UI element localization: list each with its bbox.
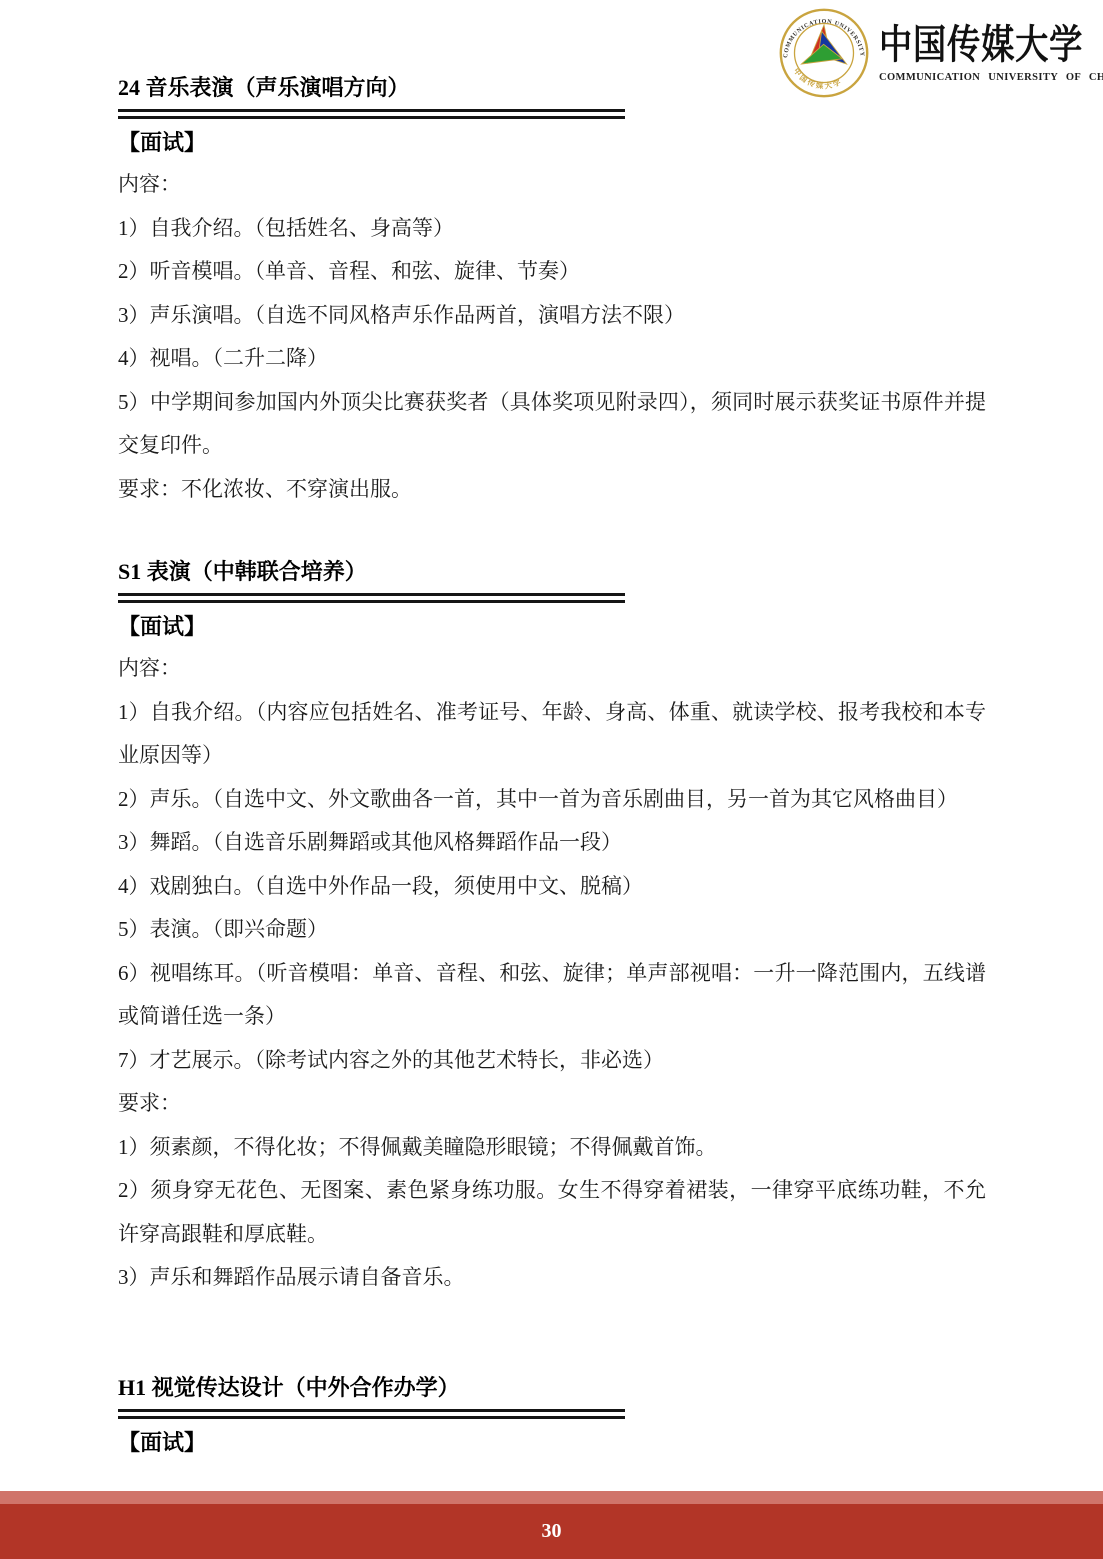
body-line: 3）舞蹈。（自选音乐剧舞蹈或其他风格舞蹈作品一段）: [118, 821, 986, 865]
body-line: 5）表演。（即兴命题）: [118, 908, 986, 952]
body-line: 7）才艺展示。（除考试内容之外的其他艺术特长，非必选）: [118, 1039, 986, 1083]
body-line: 1）自我介绍。（内容应包括姓名、准考证号、年龄、身高、体重、就读学校、报考我校和…: [118, 691, 986, 778]
exam-type-label: 【面试】: [118, 128, 986, 158]
heading-double-rule: [118, 1409, 625, 1419]
body-line: 1）须素颜，不得化妆；不得佩戴美瞳隐形眼镜；不得佩戴首饰。: [118, 1126, 986, 1170]
body-line: 3）声乐演唱。（自选不同风格声乐作品两首，演唱方法不限）: [118, 294, 986, 338]
section-music-performance: 24 音乐表演（声乐演唱方向） 【面试】 内容： 1）自我介绍。（包括姓名、身高…: [118, 72, 986, 511]
exam-type-label: 【面试】: [118, 1428, 986, 1458]
body-line: 3）声乐和舞蹈作品展示请自备音乐。: [118, 1256, 986, 1300]
document-page: COMMUNICATION UNIVERSITY OF CHINA 中国传媒大学…: [0, 0, 1103, 1559]
body-line: 2）须身穿无花色、无图案、素色紧身练功服。女生不得穿着裙装，一律穿平底练功鞋，不…: [118, 1169, 986, 1256]
section-heading: 24 音乐表演（声乐演唱方向）: [118, 72, 986, 104]
body-line: 6）视唱练耳。（听音模唱：单音、音程、和弦、旋律；单声部视唱：一升一降范围内，五…: [118, 952, 986, 1039]
body-line: 要求：: [118, 1082, 986, 1126]
heading-double-rule: [118, 109, 625, 119]
body-line: 2）声乐。（自选中文、外文歌曲各一首，其中一首为音乐剧曲目，另一首为其它风格曲目…: [118, 778, 986, 822]
page-number: 30: [0, 1504, 1103, 1559]
body-line: 要求：不化浓妆、不穿演出服。: [118, 468, 986, 512]
body-line: 5）中学期间参加国内外顶尖比赛获奖者（具体奖项见附录四），须同时展示获奖证书原件…: [118, 381, 986, 468]
section-heading: S1 表演（中韩联合培养）: [118, 556, 986, 588]
body-line: 2）听音模唱。（单音、音程、和弦、旋律、节奏）: [118, 250, 986, 294]
section-performance-cn-kr: S1 表演（中韩联合培养） 【面试】 内容： 1）自我介绍。（内容应包括姓名、准…: [118, 556, 986, 1300]
section-body: 内容： 1）自我介绍。（内容应包括姓名、准考证号、年龄、身高、体重、就读学校、报…: [118, 647, 986, 1300]
body-line: 4）戏剧独白。（自选中外作品一段，须使用中文、脱稿）: [118, 865, 986, 909]
body-line: 内容：: [118, 647, 986, 691]
body-line: 4）视唱。（二升二降）: [118, 337, 986, 381]
section-heading: H1 视觉传达设计（中外合作办学）: [118, 1372, 986, 1404]
body-line: 1）自我介绍。（包括姓名、身高等）: [118, 207, 986, 251]
body-line: 内容：: [118, 163, 986, 207]
section-visual-design: H1 视觉传达设计（中外合作办学） 【面试】: [118, 1372, 986, 1458]
logo-cn-name: 中国传媒大学: [879, 22, 1055, 68]
heading-double-rule: [118, 593, 625, 603]
footer-accent-strip: [0, 1491, 1103, 1504]
section-body: 内容： 1）自我介绍。（包括姓名、身高等） 2）听音模唱。（单音、音程、和弦、旋…: [118, 163, 986, 511]
exam-type-label: 【面试】: [118, 612, 986, 642]
